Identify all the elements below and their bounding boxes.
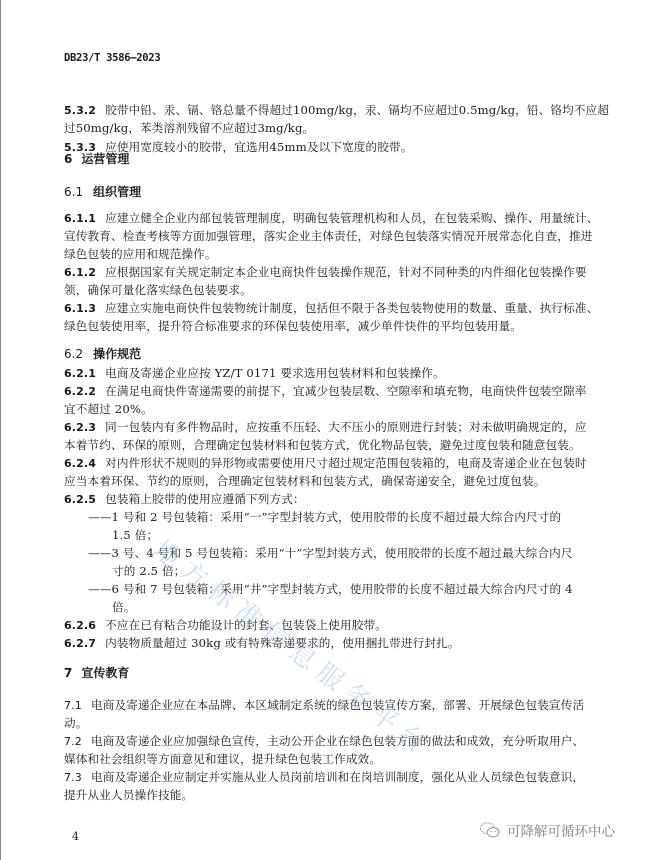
clause-6-2-6: 6.2.6不应在已有粘合功能设计的封套、包装袋上使用胶带。: [64, 618, 387, 633]
clause-number: 6.1.2: [64, 266, 96, 279]
clause-number: 7.2: [64, 735, 82, 748]
clause-text: 应建立实施电商快件包装物统计制度，包括但不限于各类包装物使用的数量、重量、执行标…: [105, 301, 598, 315]
section-6-1-heading: 6.1组织管理: [64, 183, 141, 200]
wechat-account-badge: 可降解可循环中心: [479, 820, 615, 840]
clause-number: 7.3: [64, 771, 82, 784]
section-number: 6.2: [64, 347, 83, 361]
clause-text: 胶带中铅、汞、镉、铬总量不得超过100mg/kg，汞、镉均不应超过0.5mg/k…: [105, 103, 609, 117]
clause-6-1-1: 6.1.1应建立健全企业内部包装管理制度，明确包装管理机构和人员，在包装采购、操…: [64, 211, 598, 226]
wechat-account-name: 可降解可循环中心: [507, 820, 615, 840]
clause-6-2-1: 6.2.1电商及寄递企业应按 YZ/T 0171 要求选用包装材料和包装操作。: [64, 366, 445, 381]
list-item-cont: 倍。: [112, 600, 136, 614]
clause-number: 6.2.7: [64, 637, 96, 650]
clause-number: 6.2.1: [64, 367, 96, 380]
section-title: 运营管理: [81, 152, 129, 166]
clause-text: 应使用宽度较小的胶带，宜选用45mm及以下宽度的胶带。: [105, 140, 412, 154]
clause-6-1-3-cont: 绿色包装使用率，提升符合标准要求的环保包装使用率，减少单件快件的平均包装用量。: [64, 319, 522, 333]
clause-text: 电商及寄递企业应按 YZ/T 0171 要求选用包装材料和包装操作。: [105, 366, 445, 380]
clause-6-2-3: 6.2.3同一包装内有多件物品时，应按重不压轻、大不压小的原则进行封装；对未做明…: [64, 420, 587, 435]
list-item: ——1 号和 2 号包装箱：采用“一”字型封装方式，使用胶带的长度不超过最大综合…: [88, 510, 561, 524]
section-number: 6: [64, 152, 72, 166]
clause-6-1-2-cont: 领，确保可量化落实绿色包装要求。: [64, 283, 252, 297]
clause-number: 6.1.3: [64, 302, 96, 315]
clause-6-1-2: 6.1.2应根据国家有关规定制定本企业电商快件包装操作规范，针对不同种类的内件细…: [64, 265, 587, 280]
clause-text: 内装物质量超过 30kg 或有特殊寄递要求的，使用捆扎带进行封扎。: [105, 636, 460, 650]
section-7-heading: 7宣传教育: [64, 664, 129, 681]
clause-6-2-4: 6.2.4对内件形状不规则的异形物或需要使用尺寸超过规定范围包装箱的，电商及寄递…: [64, 456, 587, 471]
section-6-heading: 6运营管理: [64, 150, 129, 167]
clause-text: 电商及寄递企业应在本品牌、本区域制定系统的绿色包装宣传方案，部署、开展绿色包装宣…: [91, 698, 584, 712]
clause-7-3: 7.3电商及寄递企业应制定并实施从业人员岗前培训和在岗培训制度，强化从业人员绿色…: [64, 770, 584, 785]
list-item: ——3 号、4 号和 5 号包装箱：采用“十”字型封装方式，使用胶带的长度不超过…: [88, 546, 573, 560]
clause-number: 6.2.4: [64, 457, 96, 470]
section-title: 组织管理: [93, 185, 141, 199]
clause-6-2-5: 6.2.5包装箱上胶带的使用应遵循下列方式：: [64, 492, 305, 507]
clause-number: 6.1.1: [64, 212, 96, 225]
clause-number: 6.2.2: [64, 385, 96, 398]
clause-7-2-cont: 媒体和社会组织等方面意见和建议，提升绿色包装工作成效。: [64, 752, 381, 766]
clause-6-2-7: 6.2.7内装物质量超过 30kg 或有特殊寄递要求的，使用捆扎带进行封扎。: [64, 636, 460, 651]
clause-6-1-1-cont: 宣传教育、检查考核等方面加强管理，落实企业主体责任，对绿色包装落实情况开展常态化…: [64, 229, 592, 243]
clause-text: 应根据国家有关规定制定本企业电商快件包装操作规范，针对不同种类的内件细化包装操作…: [105, 265, 587, 279]
clause-text: 包装箱上胶带的使用应遵循下列方式：: [105, 492, 305, 506]
list-item-cont: 1.5 倍；: [112, 528, 158, 542]
list-item-cont: 寸的 2.5 倍；: [112, 564, 186, 578]
clause-6-2-2-cont: 宜不超过 20%。: [64, 402, 153, 416]
clause-text: 在满足电商快件寄递需要的前提下，宜减少包装层数、空隙率和填充物，电商快件包装空隙…: [105, 384, 587, 398]
clause-7-3-cont: 提升从业人员操作技能。: [64, 788, 193, 802]
clause-number: 6.2.5: [64, 493, 96, 506]
clause-6-1-1-cont: 绿色包装的应用和规范操作。: [64, 247, 217, 261]
clause-6-2-4-cont: 应当本着环保、节约的原则，合理确定包装材料和包装方式，确保寄递安全，避免过度包装…: [64, 474, 546, 488]
clause-7-1: 7.1电商及寄递企业应在本品牌、本区域制定系统的绿色包装宣传方案，部署、开展绿色…: [64, 698, 584, 713]
clause-6-2-2: 6.2.2在满足电商快件寄递需要的前提下，宜减少包装层数、空隙率和填充物，电商快…: [64, 384, 587, 399]
section-6-2-heading: 6.2操作规范: [64, 345, 141, 362]
clause-number: 6.2.6: [64, 619, 96, 632]
clause-text: 同一包装内有多件物品时，应按重不压轻、大不压小的原则进行封装；对未做明确规定的，…: [105, 420, 587, 434]
clause-5-3-2: 5.3.2胶带中铅、汞、镉、铬总量不得超过100mg/kg，汞、镉均不应超过0.…: [64, 103, 609, 118]
clause-7-1-cont: 动。: [64, 716, 88, 730]
clause-number: 7.1: [64, 699, 82, 712]
page-number: 4: [72, 830, 79, 843]
wechat-icon: [479, 821, 501, 839]
standard-code-header: DB23/T 3586—2023: [64, 52, 160, 64]
clause-number: 6.2.3: [64, 421, 96, 434]
clause-5-3-2-cont: 过50mg/kg，苯类溶剂残留不应超过3mg/kg。: [64, 121, 314, 135]
clause-text: 不应在已有粘合功能设计的封套、包装袋上使用胶带。: [105, 618, 387, 632]
section-number: 6.1: [64, 185, 83, 199]
document-page: DB23/T 3586—2023 5.3.2胶带中铅、汞、镉、铬总量不得超过10…: [0, 0, 662, 860]
clause-7-2: 7.2电商及寄递企业应加强绿色宣传，主动公开企业在绿色包装方面的做法和成效，充分…: [64, 734, 584, 749]
clause-text: 电商及寄递企业应加强绿色宣传，主动公开企业在绿色包装方面的做法和成效，充分听取用…: [91, 734, 584, 748]
clause-text: 电商及寄递企业应制定并实施从业人员岗前培训和在岗培训制度，强化从业人员绿色包装意…: [91, 770, 584, 784]
clause-6-2-3-cont: 本着节约、环保的原则，合理确定包装材料和包装方式，优化物品包装，避免过度包装和随…: [64, 438, 581, 452]
clause-number: 5.3.2: [64, 104, 96, 117]
clause-text: 应建立健全企业内部包装管理制度，明确包装管理机构和人员，在包装采购、操作、用量统…: [105, 211, 598, 225]
section-number: 7: [64, 666, 72, 680]
section-title: 操作规范: [93, 347, 141, 361]
section-title: 宣传教育: [81, 666, 129, 680]
list-item: ——6 号和 7 号包装箱：采用“井”字型封装方式，使用胶带的长度不超过最大综合…: [88, 582, 573, 596]
clause-6-1-3: 6.1.3应建立实施电商快件包装物统计制度，包括但不限于各类包装物使用的数量、重…: [64, 301, 598, 316]
clause-text: 对内件形状不规则的异形物或需要使用尺寸超过规定范围包装箱的，电商及寄递企业在包装…: [105, 456, 587, 470]
